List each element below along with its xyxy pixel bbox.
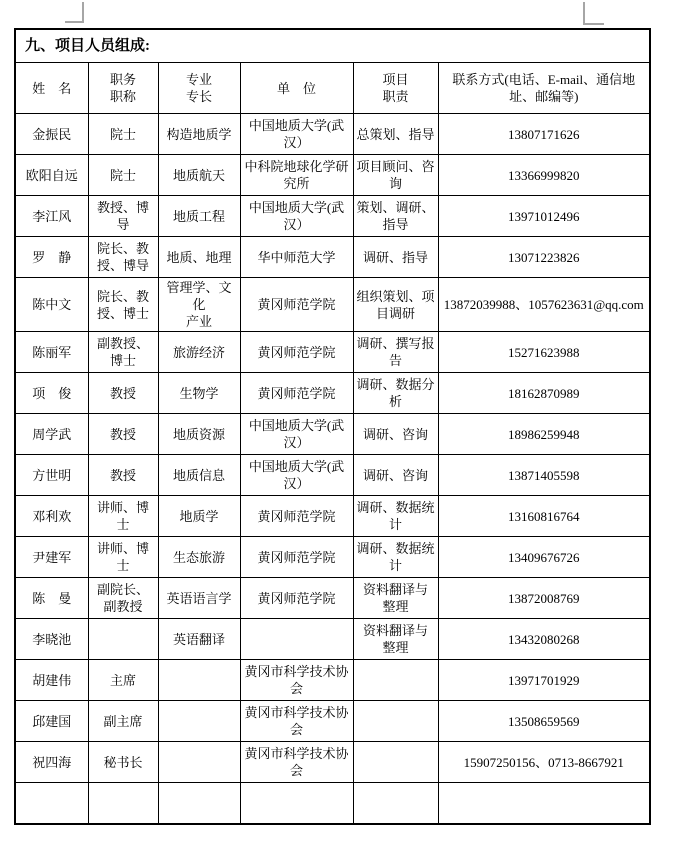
cell-title: 院士 — [88, 155, 158, 196]
cell-unit: 黄冈市科学技术协 会 — [240, 742, 353, 783]
table-row: 陈中文院长、教 授、博士管理学、文化 产业黄冈师范学院组织策划、项 目调研138… — [15, 278, 650, 332]
cell-title: 主席 — [88, 660, 158, 701]
cell-specialty — [158, 783, 240, 824]
cell-title: 教授 — [88, 455, 158, 496]
cell-duty: 调研、数据分 析 — [353, 373, 438, 414]
table-row: 邓利欢讲师、博 士地质学黄冈师范学院调研、数据统 计13160816764 — [15, 496, 650, 537]
cell-duty: 调研、撰写报 告 — [353, 332, 438, 373]
personnel-table: 九、项目人员组成: 姓 名 职务 职称 专业 专长 单 位 项目 职责 联系方式… — [14, 28, 651, 825]
cell-specialty: 英语翻译 — [158, 619, 240, 660]
table-header-row: 姓 名 职务 职称 专业 专长 单 位 项目 职责 联系方式(电话、E-mail… — [15, 63, 650, 114]
table-row: 邱建国副主席黄冈市科学技术协 会13508659569 — [15, 701, 650, 742]
cell-unit: 中科院地球化学研 究所 — [240, 155, 353, 196]
cell-unit: 黄冈市科学技术协 会 — [240, 701, 353, 742]
cell-title: 教授、博 导 — [88, 196, 158, 237]
cell-contact: 13160816764 — [438, 496, 650, 537]
cell-name: 李晓池 — [15, 619, 88, 660]
cell-title: 讲师、博 士 — [88, 537, 158, 578]
cell-contact: 13872039988、1057623631@qq.com — [438, 278, 650, 332]
cell-name: 项 俊 — [15, 373, 88, 414]
cell-duty — [353, 783, 438, 824]
table-row: 李江风教授、博 导地质工程中国地质大学(武 汉）策划、调研、 指导1397101… — [15, 196, 650, 237]
col-header-duty: 项目 职责 — [353, 63, 438, 114]
cell-specialty: 地质学 — [158, 496, 240, 537]
cell-specialty: 地质工程 — [158, 196, 240, 237]
section-title: 九、项目人员组成: — [15, 29, 650, 63]
cell-name: 周学武 — [15, 414, 88, 455]
cell-name: 陈丽军 — [15, 332, 88, 373]
cell-duty: 策划、调研、 指导 — [353, 196, 438, 237]
cell-contact: 18986259948 — [438, 414, 650, 455]
cell-unit — [240, 619, 353, 660]
cell-unit: 华中师范大学 — [240, 237, 353, 278]
cell-name: 邱建国 — [15, 701, 88, 742]
cell-title: 教授 — [88, 373, 158, 414]
cell-name: 金振民 — [15, 114, 88, 155]
cell-duty: 总策划、指导 — [353, 114, 438, 155]
cell-unit: 黄冈师范学院 — [240, 496, 353, 537]
cell-duty: 资料翻译与 整理 — [353, 578, 438, 619]
col-header-contact: 联系方式(电话、E-mail、通信地 址、邮编等) — [438, 63, 650, 114]
document-page: 九、项目人员组成: 姓 名 职务 职称 专业 专长 单 位 项目 职责 联系方式… — [0, 0, 674, 852]
text-boundary-mark-right — [583, 2, 585, 25]
cell-duty: 项目顾问、咨 询 — [353, 155, 438, 196]
table-row: 尹建军讲师、博 士生态旅游黄冈师范学院调研、数据统 计13409676726 — [15, 537, 650, 578]
cell-name: 祝四海 — [15, 742, 88, 783]
cell-specialty — [158, 742, 240, 783]
cell-specialty: 英语语言学 — [158, 578, 240, 619]
text-boundary-mark-left — [65, 21, 84, 23]
cell-name: 罗 静 — [15, 237, 88, 278]
cell-contact: 13807171626 — [438, 114, 650, 155]
cell-specialty: 生态旅游 — [158, 537, 240, 578]
cell-contact: 18162870989 — [438, 373, 650, 414]
cell-duty: 资料翻译与 整理 — [353, 619, 438, 660]
cell-contact: 13872008769 — [438, 578, 650, 619]
cell-contact: 15271623988 — [438, 332, 650, 373]
cell-specialty: 生物学 — [158, 373, 240, 414]
col-header-title: 职务 职称 — [88, 63, 158, 114]
table-row: 金振民院士构造地质学中国地质大学(武 汉）总策划、指导13807171626 — [15, 114, 650, 155]
section-title-row: 九、项目人员组成: — [15, 29, 650, 63]
table-row: 祝四海秘书长黄冈市科学技术协 会15907250156、0713-8667921 — [15, 742, 650, 783]
table-row: 周学武教授地质资源中国地质大学(武 汉）调研、咨询18986259948 — [15, 414, 650, 455]
cell-contact: 13432080268 — [438, 619, 650, 660]
cell-contact: 15907250156、0713-8667921 — [438, 742, 650, 783]
cell-contact: 13366999820 — [438, 155, 650, 196]
cell-specialty — [158, 701, 240, 742]
table-row: 胡建伟主席黄冈市科学技术协 会13971701929 — [15, 660, 650, 701]
table-row: 陈 曼副院长、 副教授英语语言学黄冈师范学院资料翻译与 整理1387200876… — [15, 578, 650, 619]
cell-title: 院士 — [88, 114, 158, 155]
cell-duty: 调研、数据统 计 — [353, 496, 438, 537]
cell-unit: 黄冈市科学技术协 会 — [240, 660, 353, 701]
cell-duty — [353, 742, 438, 783]
cell-duty: 调研、咨询 — [353, 455, 438, 496]
cell-contact: 13409676726 — [438, 537, 650, 578]
cell-contact: 13508659569 — [438, 701, 650, 742]
cell-title: 教授 — [88, 414, 158, 455]
text-boundary-mark-left — [82, 2, 84, 23]
cell-contact — [438, 783, 650, 824]
cell-title: 秘书长 — [88, 742, 158, 783]
table-row: 项 俊教授生物学黄冈师范学院调研、数据分 析18162870989 — [15, 373, 650, 414]
cell-duty: 调研、指导 — [353, 237, 438, 278]
table-row: 李晓池英语翻译资料翻译与 整理13432080268 — [15, 619, 650, 660]
cell-unit: 中国地质大学(武 汉） — [240, 455, 353, 496]
cell-unit: 中国地质大学(武 汉） — [240, 196, 353, 237]
cell-title: 副院长、 副教授 — [88, 578, 158, 619]
table-row: 欧阳自远院士地质航天中科院地球化学研 究所项目顾问、咨 询13366999820 — [15, 155, 650, 196]
cell-duty — [353, 660, 438, 701]
cell-unit — [240, 783, 353, 824]
table-row: 罗 静院长、教 授、博导地质、地理华中师范大学调研、指导13071223826 — [15, 237, 650, 278]
cell-name — [15, 783, 88, 824]
cell-unit: 黄冈师范学院 — [240, 278, 353, 332]
cell-specialty: 地质资源 — [158, 414, 240, 455]
table-row: 方世明教授地质信息中国地质大学(武 汉）调研、咨询13871405598 — [15, 455, 650, 496]
col-header-name: 姓 名 — [15, 63, 88, 114]
cell-name: 胡建伟 — [15, 660, 88, 701]
cell-name: 方世明 — [15, 455, 88, 496]
cell-specialty — [158, 660, 240, 701]
text-boundary-mark-right — [583, 23, 604, 25]
cell-unit: 黄冈师范学院 — [240, 373, 353, 414]
table-row — [15, 783, 650, 824]
cell-title: 讲师、博 士 — [88, 496, 158, 537]
cell-duty: 调研、数据统 计 — [353, 537, 438, 578]
cell-name: 李江风 — [15, 196, 88, 237]
cell-unit: 黄冈师范学院 — [240, 332, 353, 373]
table-row: 陈丽军副教授、 博士旅游经济黄冈师范学院调研、撰写报 告15271623988 — [15, 332, 650, 373]
cell-title — [88, 783, 158, 824]
cell-unit: 黄冈师范学院 — [240, 537, 353, 578]
cell-unit: 中国地质大学(武 汉） — [240, 414, 353, 455]
cell-duty: 调研、咨询 — [353, 414, 438, 455]
cell-contact: 13071223826 — [438, 237, 650, 278]
cell-name: 陈 曼 — [15, 578, 88, 619]
cell-title: 院长、教 授、博士 — [88, 278, 158, 332]
cell-specialty: 管理学、文化 产业 — [158, 278, 240, 332]
cell-title: 副教授、 博士 — [88, 332, 158, 373]
cell-specialty: 旅游经济 — [158, 332, 240, 373]
cell-contact: 13971701929 — [438, 660, 650, 701]
cell-duty: 组织策划、项 目调研 — [353, 278, 438, 332]
col-header-specialty: 专业 专长 — [158, 63, 240, 114]
cell-contact: 13871405598 — [438, 455, 650, 496]
cell-name: 陈中文 — [15, 278, 88, 332]
cell-specialty: 地质、地理 — [158, 237, 240, 278]
cell-name: 尹建军 — [15, 537, 88, 578]
cell-specialty: 地质信息 — [158, 455, 240, 496]
cell-name: 邓利欢 — [15, 496, 88, 537]
cell-unit: 中国地质大学(武 汉） — [240, 114, 353, 155]
cell-title: 院长、教 授、博导 — [88, 237, 158, 278]
cell-title: 副主席 — [88, 701, 158, 742]
cell-name: 欧阳自远 — [15, 155, 88, 196]
cell-specialty: 构造地质学 — [158, 114, 240, 155]
cell-specialty: 地质航天 — [158, 155, 240, 196]
col-header-unit: 单 位 — [240, 63, 353, 114]
cell-unit: 黄冈师范学院 — [240, 578, 353, 619]
cell-duty — [353, 701, 438, 742]
cell-contact: 13971012496 — [438, 196, 650, 237]
cell-title — [88, 619, 158, 660]
